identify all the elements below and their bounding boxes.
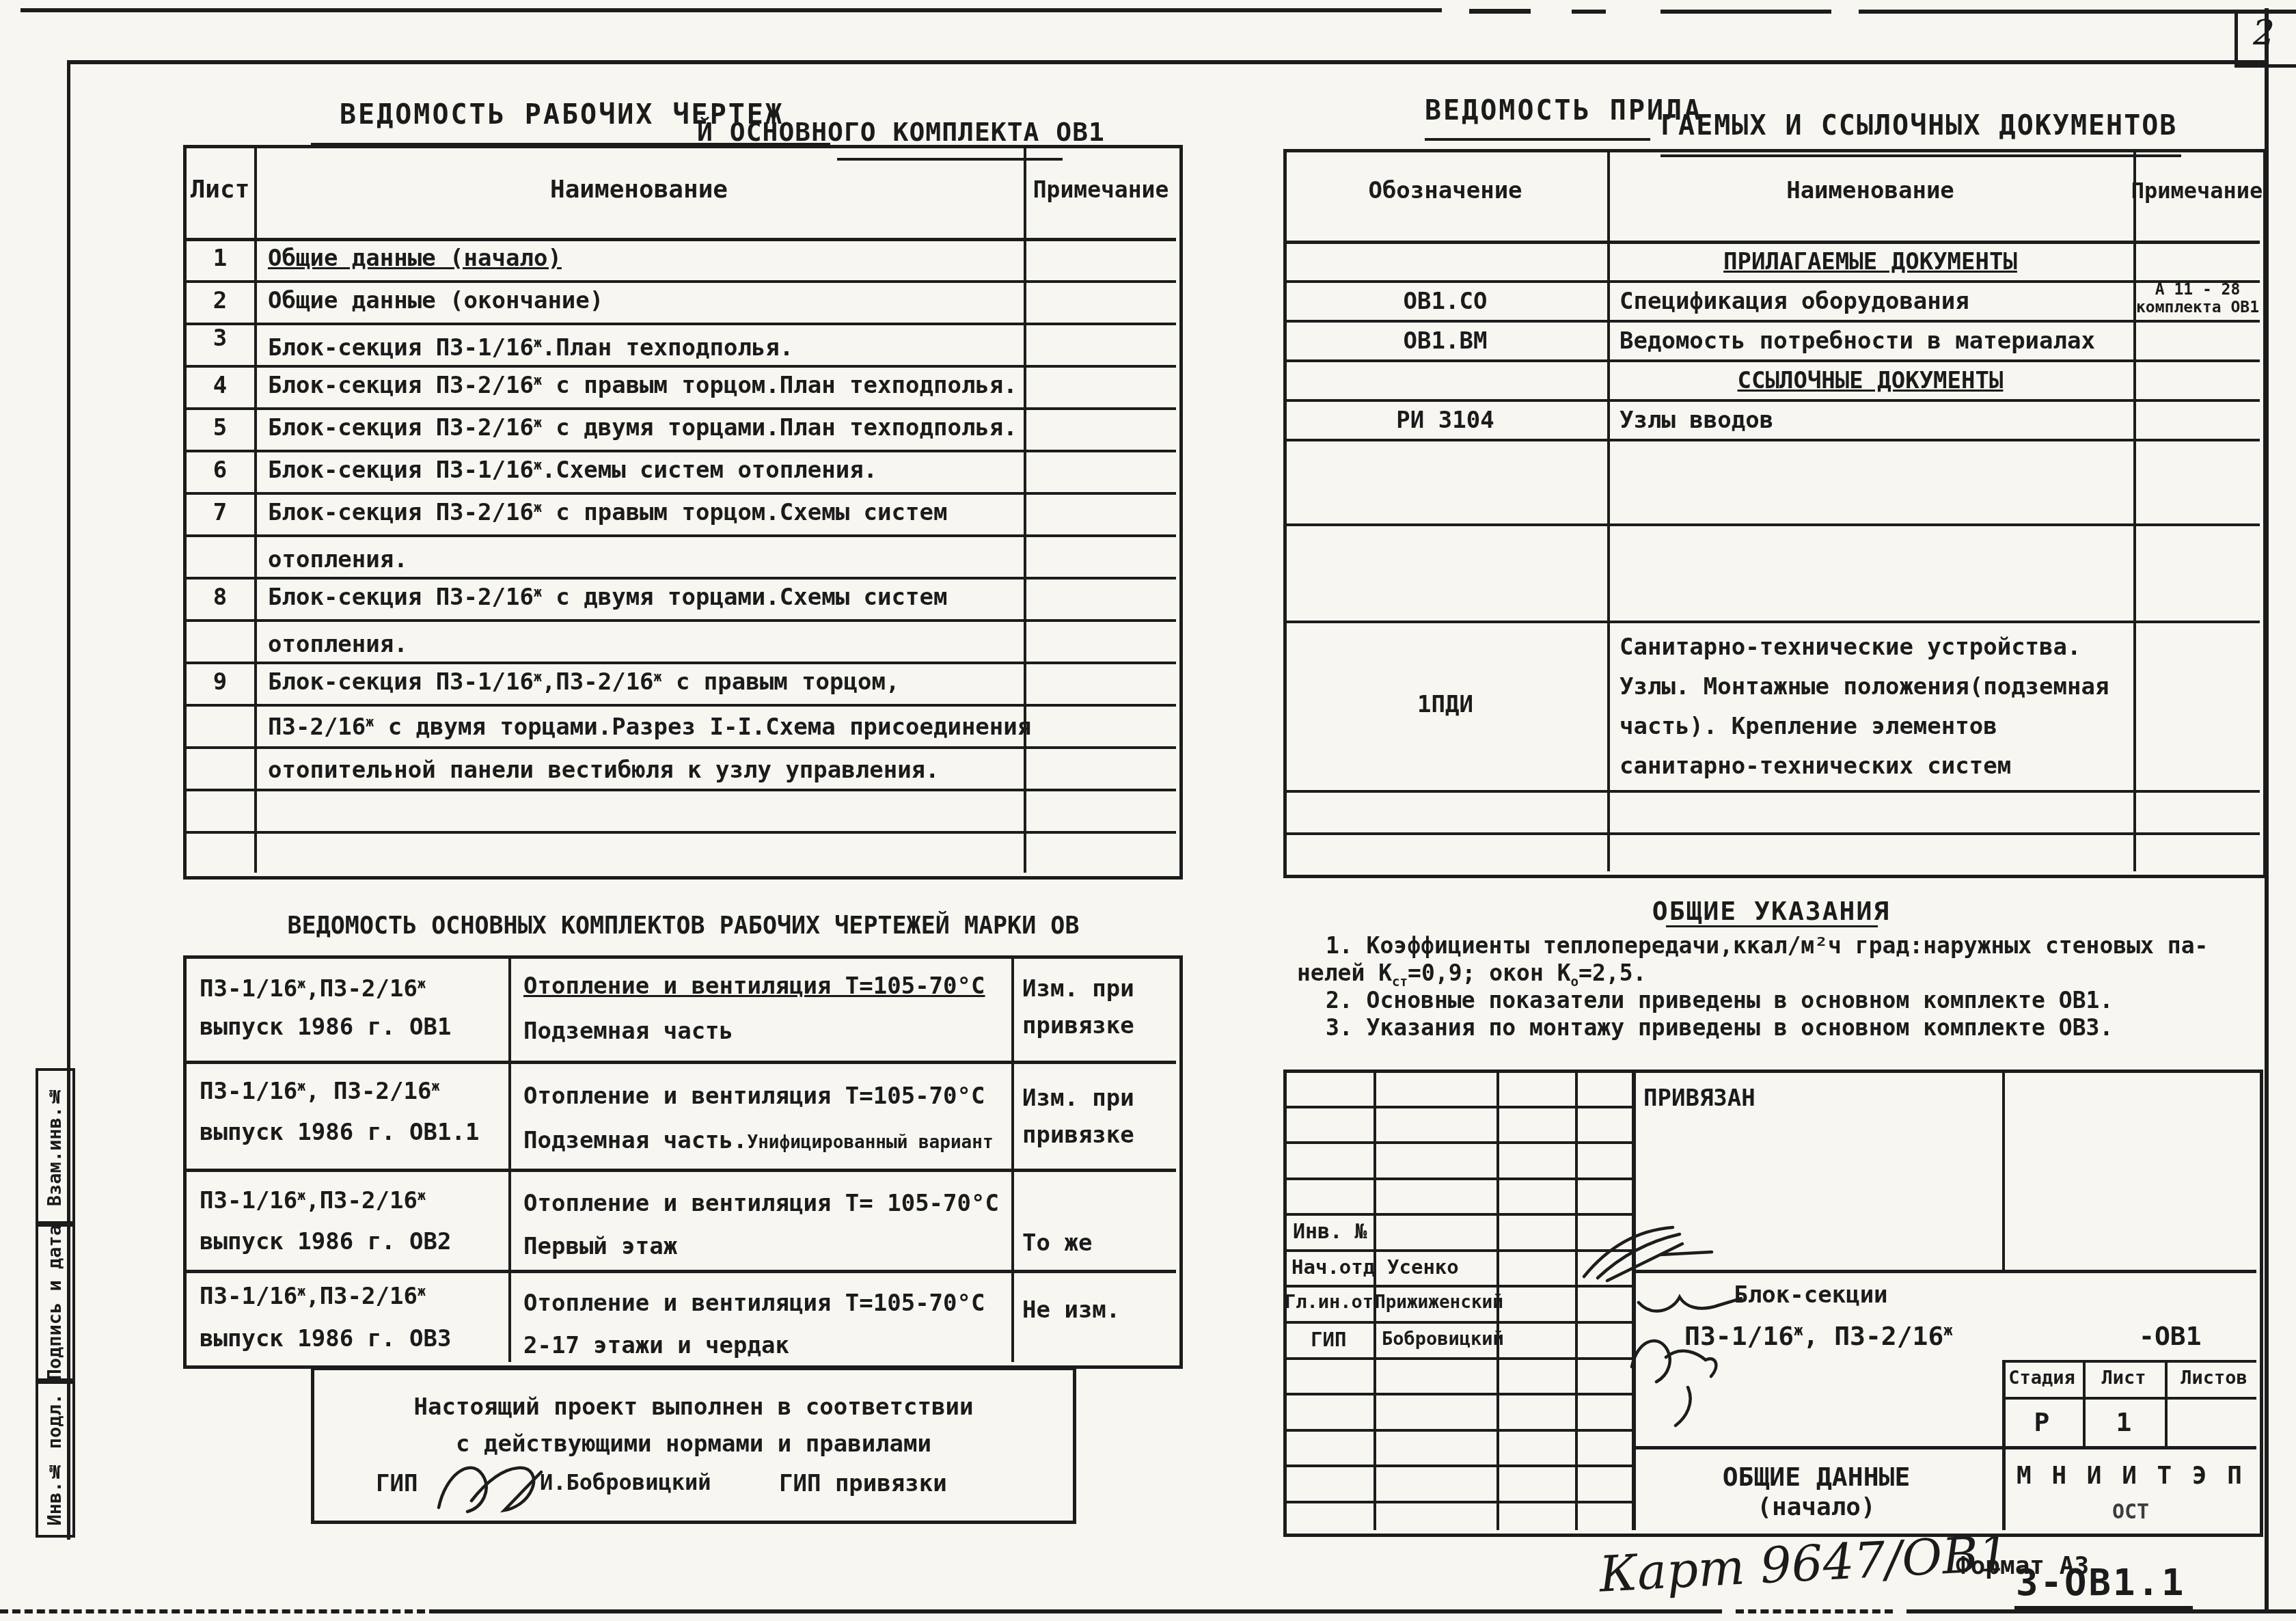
tb-grid-row <box>1287 1321 1632 1324</box>
set-code: П3-1/16ж, П3-2/16ж <box>200 1078 439 1104</box>
set-name: Отопление и вентиляция Т= 105-70°С <box>523 1190 999 1216</box>
sidebar-cell: Инв.№ подл. <box>36 1381 75 1538</box>
tb-stage-line <box>2002 1360 2256 1363</box>
main-sets-title: ВЕДОМОСТЬ ОСНОВНЫХ КОМПЛЕКТОВ РАБОЧИХ ЧЕ… <box>288 913 1080 940</box>
set-code: выпуск 1986 г. ОВ1 <box>200 1014 451 1040</box>
doc-name: часть). Крепление элементов <box>1619 713 1997 739</box>
tb-row-line <box>1636 1270 2256 1273</box>
drawing-entry: отопительной панели вестибюля к узлу упр… <box>268 757 940 783</box>
sheet-number: 9 <box>213 669 227 695</box>
approval-role: Гл.ин.от <box>1285 1292 1373 1313</box>
doc-note: А 11 - 28 <box>2155 282 2241 299</box>
doc-note: комплекта ОВ1 <box>2136 299 2259 317</box>
note-line: 1. Коэффициенты теплопередачи,ккал/м²ч г… <box>1326 934 2208 959</box>
wd-header-note: Примечание <box>1033 178 1169 203</box>
doc-name: Спецификация оборудования <box>1619 288 1969 314</box>
doc-code: РИ 3104 <box>1396 407 1494 433</box>
ad-row-line <box>1287 280 2260 283</box>
ad-row-line <box>1287 523 2260 526</box>
sidebar-label: Подпись и дата <box>45 1225 66 1380</box>
wd-row-line <box>187 450 1176 452</box>
wd-row-line <box>187 831 1176 834</box>
tb-grid-row <box>1287 1106 1632 1108</box>
note-line: нелей Кст=0,9; окон Ко=2,5. <box>1297 961 1646 989</box>
wd-col-divider <box>254 148 257 873</box>
tb-privyazan-divider <box>2002 1073 2005 1270</box>
wd-row-line <box>187 577 1176 580</box>
set-note: То же <box>1022 1230 1092 1256</box>
set-name: 2-17 этажи и чердак <box>523 1333 789 1359</box>
doc-name: Узлы вводов <box>1619 407 1773 433</box>
drawing-entry: Блок-секция П3-1/16ж.Схемы систем отопле… <box>268 457 877 483</box>
frame-bottom <box>1906 1609 2296 1613</box>
top-edge-dash <box>1572 10 1606 14</box>
wd-row-line <box>187 407 1176 410</box>
tb-right-divider <box>2002 1360 2006 1530</box>
sheet-number: 6 <box>213 457 227 483</box>
title-underline <box>1425 138 1650 141</box>
ms-row-line <box>187 1270 1176 1273</box>
ad-row-line <box>1287 399 2260 402</box>
set-code: П3-1/16ж,П3-2/16ж <box>200 976 426 1002</box>
sheet-value: 1 <box>2116 1408 2132 1437</box>
tb-grid-row <box>1287 1393 1632 1395</box>
ad-row-line <box>1287 790 2260 793</box>
set-name-part-small: Унифицированный вариант <box>748 1132 994 1153</box>
sheet-number: 8 <box>213 584 227 610</box>
set-code: выпуск 1986 г. ОВ1.1 <box>200 1119 479 1145</box>
ad-row-line <box>1287 832 2260 835</box>
stage-header: Лист <box>2101 1368 2146 1389</box>
tb-grid-row <box>1287 1501 1632 1503</box>
tb-grid-row <box>1287 1285 1632 1288</box>
tb-row-line <box>1636 1446 2256 1449</box>
set-note: Изм. при <box>1022 976 1134 1002</box>
stage-header: Листов <box>2181 1368 2247 1389</box>
sheet-number: 3 <box>213 325 227 351</box>
wd-header-name: Наименование <box>550 176 728 204</box>
ad-row-line <box>1287 359 2260 362</box>
tb-grid-row <box>1287 1429 1632 1432</box>
ad-header-name: Наименование <box>1786 178 1954 204</box>
drawing-entry: П3-2/16ж с двумя торцами.Разрез I-I.Схем… <box>268 714 1031 740</box>
set-name: Подземная часть.Унифицированный вариант <box>523 1128 994 1154</box>
ad-header-line <box>1287 241 2260 244</box>
set-code: выпуск 1986 г. ОВ3 <box>200 1326 451 1352</box>
doc-name: Узлы. Монтажные положения(подземная <box>1619 674 2109 700</box>
doc-code: ОВ1.ВМ <box>1404 328 1488 354</box>
sheet-number: 1 <box>213 245 227 271</box>
frame-bottom-dash <box>0 1609 437 1613</box>
wd-row-line <box>187 704 1176 707</box>
sidebar-label: Инв.№ подл. <box>45 1393 66 1526</box>
drawing-entry: Блок-секция П3-1/16ж,П3-2/16ж с правым т… <box>268 669 899 695</box>
set-name-part: Подземная часть. <box>523 1127 748 1154</box>
stamp-privyazan: ПРИВЯЗАН <box>1643 1085 1755 1111</box>
tb-grid-row <box>1287 1357 1632 1360</box>
set-code: П3-1/16ж,П3-2/16ж <box>200 1283 426 1309</box>
statement-gip-label: ГИП <box>376 1471 418 1497</box>
drawing-entry: отопления. <box>268 547 408 573</box>
set-note: привязке <box>1022 1122 1134 1148</box>
set-name: Отопление и вентиляция Т=105-70°С <box>523 1290 985 1316</box>
set-name: Первый этаж <box>523 1234 677 1259</box>
tb-grid-row <box>1287 1177 1632 1180</box>
set-code: П3-1/16ж,П3-2/16ж <box>200 1188 426 1214</box>
page-number-box-left <box>2234 10 2238 67</box>
stamp-inv-label: Инв. № <box>1293 1221 1367 1244</box>
tb-stage-line <box>2002 1397 2256 1400</box>
sidebar-cell: Взам.инв.№ <box>36 1068 75 1224</box>
ad-col-divider <box>1607 152 1610 871</box>
approval-name: Прижиженский <box>1375 1293 1503 1313</box>
doc-name: санитарно-технических систем <box>1619 753 2011 779</box>
doc-name: Санитарно-технические устройства. <box>1619 634 2081 660</box>
doc-code: ОВ1.СО <box>1404 288 1488 314</box>
frame-bottom-dash <box>1736 1609 1893 1613</box>
sheet-number: 5 <box>213 415 227 441</box>
set-note: Изм. при <box>1022 1085 1134 1111</box>
wd-row-line <box>187 619 1176 622</box>
wd-row-line <box>187 789 1176 791</box>
page-number-box-bottom <box>2234 64 2296 68</box>
document-code: 3-ОВ1.1 <box>2014 1562 2193 1609</box>
set-note: привязке <box>1022 1013 1134 1039</box>
set-code: выпуск 1986 г. ОВ2 <box>200 1229 451 1255</box>
drawing-entry: Блок-секция П3-2/16ж с правым торцом.Схе… <box>268 500 947 526</box>
doc-code: 1ПДИ <box>1417 692 1473 718</box>
frame-top <box>67 60 2269 64</box>
statement-gip-name: И.Бобровицкий <box>540 1471 711 1495</box>
ms-row-line <box>187 1061 1176 1064</box>
title-underline <box>1666 925 1878 927</box>
ad-row-line <box>1287 439 2260 441</box>
top-edge-line <box>20 8 1442 12</box>
ad-row-line <box>1287 320 2260 323</box>
doc-name: Ведомость потребности в материалах <box>1619 328 2095 354</box>
tb-grid-row <box>1287 1213 1632 1216</box>
wd-row-line <box>187 746 1176 749</box>
wd-row-line <box>187 662 1176 664</box>
tb-stage-divider <box>2165 1360 2168 1446</box>
drawing-entry: отопления. <box>268 631 408 657</box>
ms-col-divider <box>1011 959 1014 1362</box>
sheet-number: 2 <box>213 288 227 314</box>
ad-col-divider <box>2133 152 2136 871</box>
set-name: Отопление и вентиляция Т=105-70°С <box>523 973 985 999</box>
tb-main-divider <box>1632 1073 1636 1530</box>
set-name: Подземная часть <box>523 1018 733 1044</box>
stamp-object-line2: П3-1/16ж, П3-2/16ж <box>1684 1322 1953 1351</box>
frame-bottom <box>437 1609 1722 1613</box>
ad-header-note: Примечание <box>2131 179 2263 204</box>
drawing-entry: Блок-секция П3-2/16ж с правым торцом.Пла… <box>268 372 1017 398</box>
tb-grid-row <box>1287 1141 1632 1144</box>
approval-name: Бобровицкий <box>1382 1329 1504 1350</box>
ms-col-divider <box>508 959 511 1362</box>
wd-row-line <box>187 534 1176 537</box>
tb-stage-divider <box>2083 1360 2086 1446</box>
drawing-entry: Блок-секция П3-2/16ж с двумя торцами.Схе… <box>268 584 947 610</box>
drawing-entry: Общие данные (начало) <box>268 245 562 271</box>
top-edge-dash <box>1469 9 1531 14</box>
ad-header-code: Обозначение <box>1368 178 1522 204</box>
ad-section-attached: ПРИЛАГАЕМЫЕ ДОКУМЕНТЫ <box>1723 249 2017 275</box>
tb-grid-row <box>1287 1249 1632 1252</box>
top-edge-dash <box>1660 10 1831 14</box>
sheet-number: 7 <box>213 500 227 526</box>
sheet-number: 4 <box>213 372 227 398</box>
drawing-entry: Общие данные (окончание) <box>268 288 603 314</box>
page-number: 2 <box>2253 14 2275 52</box>
wd-row-line <box>187 280 1176 283</box>
handwritten-archive-number: Карт 9647/ОВ1 <box>1598 1525 2011 1602</box>
drawing-entry: Блок-секция П3-2/16ж с двумя торцами.Пла… <box>268 415 1017 441</box>
wd-col-divider <box>1024 148 1026 873</box>
stage-header: Стадия <box>2008 1368 2075 1389</box>
scanned-drawing-sheet: 2 ВЕДОМОСТЬ РАБОЧИХ ЧЕРТЕЖ Й ОСНОВНОГО К… <box>0 0 2296 1621</box>
sidebar-cell: Подпись и дата <box>36 1224 75 1381</box>
attached-docs-title-2: ГАЕМЫХ И ССЫЛОЧНЫХ ДОКУМЕНТОВ <box>1660 111 2177 141</box>
statement-line: Настоящий проект выполнен в соответствии <box>414 1394 974 1420</box>
stamp-org-name: М Н И И Т Э П <box>2017 1462 2245 1490</box>
stamp-sheet-title-2: (начало) <box>1757 1494 1875 1521</box>
note-line: 2. Основные показатели приведены в основ… <box>1326 988 2113 1013</box>
statement-right-label: ГИП привязки <box>779 1471 947 1497</box>
tb-grid-row <box>1287 1465 1632 1467</box>
ad-row-line <box>1287 621 2260 623</box>
stamp-org-dept: ОСТ <box>2112 1501 2149 1524</box>
wd-header-sheet: Лист <box>191 176 250 204</box>
stamp-object-line1: Блок-секции <box>1734 1282 1887 1308</box>
top-edge-line <box>1859 10 2296 14</box>
set-note: Не изм. <box>1022 1297 1120 1323</box>
drawing-entry: Блок-секция П3-1/16ж.План техподполья. <box>268 335 793 361</box>
wd-row-line <box>187 323 1176 325</box>
stamp-sheet-title-1: ОБЩИЕ ДАННЫЕ <box>1723 1462 1911 1492</box>
ad-section-referenced: ССЫЛОЧНЫЕ ДОКУМЕНТЫ <box>1738 368 2004 394</box>
wd-row-line <box>187 492 1176 495</box>
approval-name: Усенко <box>1387 1256 1459 1278</box>
approval-role: Нач.отд <box>1291 1256 1375 1278</box>
stage-value: Р <box>2034 1408 2050 1437</box>
stamp-object-code: -ОВ1 <box>2139 1322 2202 1351</box>
note-line: 3. Указания по монтажу приведены в основ… <box>1326 1016 2113 1041</box>
set-name: Отопление и вентиляция Т=105-70°С <box>523 1083 985 1109</box>
approval-role: ГИП <box>1311 1329 1346 1350</box>
ms-row-line <box>187 1169 1176 1172</box>
statement-line: с действующими нормами и правилами <box>456 1431 931 1457</box>
general-notes-title: ОБЩИЕ УКАЗАНИЯ <box>1652 897 1890 926</box>
wd-header-line <box>187 238 1176 241</box>
sidebar-label: Взам.инв.№ <box>45 1085 66 1206</box>
wd-row-line <box>187 365 1176 368</box>
